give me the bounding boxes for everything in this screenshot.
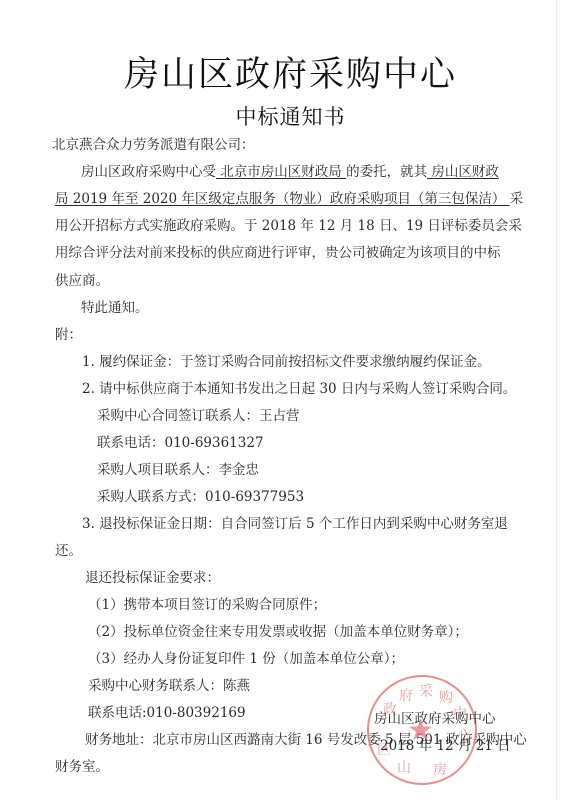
- signature-org: 房山区政府采购中心: [374, 710, 496, 728]
- document-title: 中标通知书: [0, 101, 581, 131]
- appendix-item: 还。: [55, 542, 82, 560]
- appendix-item: 联系电话:010-80392169: [88, 704, 246, 722]
- appendix-item: 退还投标保证金要求：: [85, 569, 220, 587]
- org-title: 房山区政府采购中心: [0, 47, 581, 97]
- body-text: 的委托，就其: [346, 164, 427, 180]
- project-name-part1: 房山区财政: [427, 164, 499, 180]
- appendix-item: 3. 退投标保证金日期：自合同签订后 5 个工作日内到采购中心财务室退: [82, 515, 508, 533]
- appendix-item: （2）投标单位资金往来专用发票或收据（加盖本单位财务章）；: [88, 623, 468, 641]
- body-text: 采: [510, 191, 524, 207]
- appendix-item: 采购人联系方式：010-69377953: [97, 488, 304, 506]
- notice-text: 特此通知。: [81, 299, 149, 317]
- appendix-item: 财务室。: [55, 758, 109, 776]
- official-seal: ★ 政 府 采 购 中 心 区 山 房: [367, 675, 477, 785]
- appendix-label: 附：: [55, 326, 82, 344]
- body-line-1: 房山区政府采购中心受 北京市房山区财政局 的委托，就其 房山区财政: [81, 163, 499, 181]
- body-line-5: 供应商。: [55, 272, 109, 290]
- appendix-item: 采购中心财务联系人：陈燕: [88, 677, 250, 695]
- body-line-3: 用公开招标方式实施政府采购。于 2018 年 12 月 18 日、19 日评标委…: [55, 217, 522, 235]
- appendix-item: （3）经办人身份证复印件 1 份（加盖本单位公章）；: [88, 650, 404, 668]
- body-text: 房山区政府采购中心受: [81, 164, 216, 180]
- appendix-item: 2. 请中标供应商于本通知书发出之日起 30 日内与采购人签订采购合同。: [82, 380, 516, 398]
- body-line-2: 局 2019 年至 2020 年区级定点服务（物业）政府采购项目（第三包保洁） …: [55, 190, 523, 208]
- entrusting-party: 北京市房山区财政局: [216, 164, 346, 180]
- appendix-item: 联系电话：010-69361327: [97, 434, 264, 452]
- addressee: 北京燕合众力劳务派遣有限公司：: [52, 136, 255, 154]
- body-line-4: 用综合评分法对前来投标的供应商进行评审，贵公司被确定为该项目的中标: [55, 244, 501, 262]
- appendix-item: 采购中心合同签订联系人：王占营: [97, 407, 300, 425]
- signature-date: 2018 年 12 月 21 日: [380, 737, 511, 755]
- appendix-item: 1. 履约保证金：于签订采购合同前按招标文件要求缴纳履约保证金。: [82, 353, 491, 371]
- appendix-item: （1）携带本项目签订的采购合同原件；: [88, 596, 326, 614]
- appendix-item: 采购人项目联系人：李金忠: [97, 461, 259, 479]
- project-name-part2: 局 2019 年至 2020 年区级定点服务（物业）政府采购项目（第三包保洁）: [55, 191, 510, 207]
